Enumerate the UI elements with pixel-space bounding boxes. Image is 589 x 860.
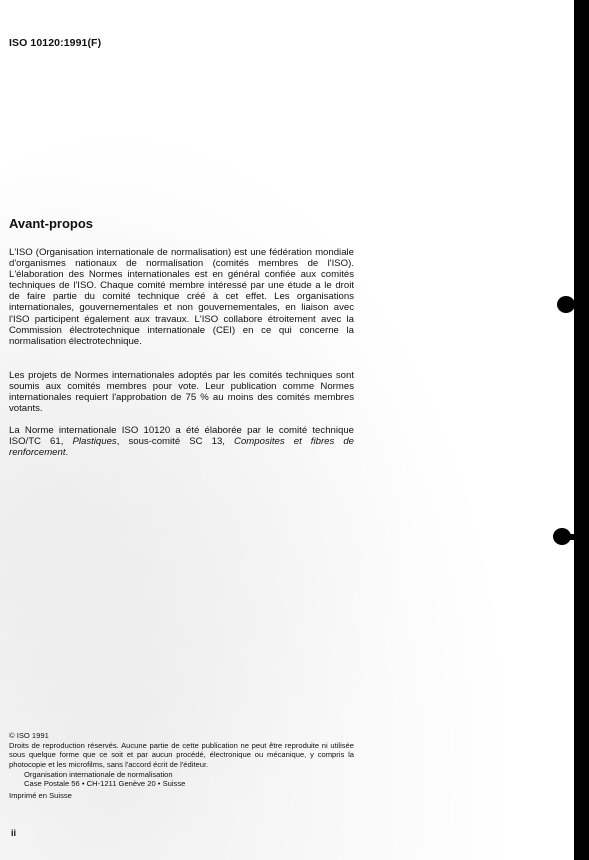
foreword-paragraph-3: La Norme internationale ISO 10120 a été … xyxy=(9,425,354,458)
committee-name: Plastiques xyxy=(72,436,116,447)
punch-hole-connector xyxy=(568,302,576,308)
paragraph-text: . xyxy=(66,447,69,458)
postal-address: Case Postale 56 • CH-1211 Genève 20 • Su… xyxy=(24,779,185,788)
paragraph-text: , sous-comité SC 13, xyxy=(117,436,234,447)
printed-in: Imprimé en Suisse xyxy=(9,791,72,800)
publisher-address: Organisation internationale de normalisa… xyxy=(24,770,185,789)
scan-binding-edge xyxy=(574,0,589,860)
copyright-notice: © ISO 1991 xyxy=(9,731,49,740)
section-title: Avant-propos xyxy=(9,216,93,231)
document-id: ISO 10120:1991(F) xyxy=(9,37,101,49)
punch-hole-connector xyxy=(566,534,574,540)
organization-name: Organisation internationale de normalisa… xyxy=(24,770,185,779)
foreword-paragraph-1: L'ISO (Organisation internationale de no… xyxy=(9,247,354,347)
foreword-paragraph-2: Les projets de Normes internationales ad… xyxy=(9,370,354,414)
page-number: ii xyxy=(11,828,16,838)
rights-notice: Droits de reproduction réservés. Aucune … xyxy=(9,741,354,769)
